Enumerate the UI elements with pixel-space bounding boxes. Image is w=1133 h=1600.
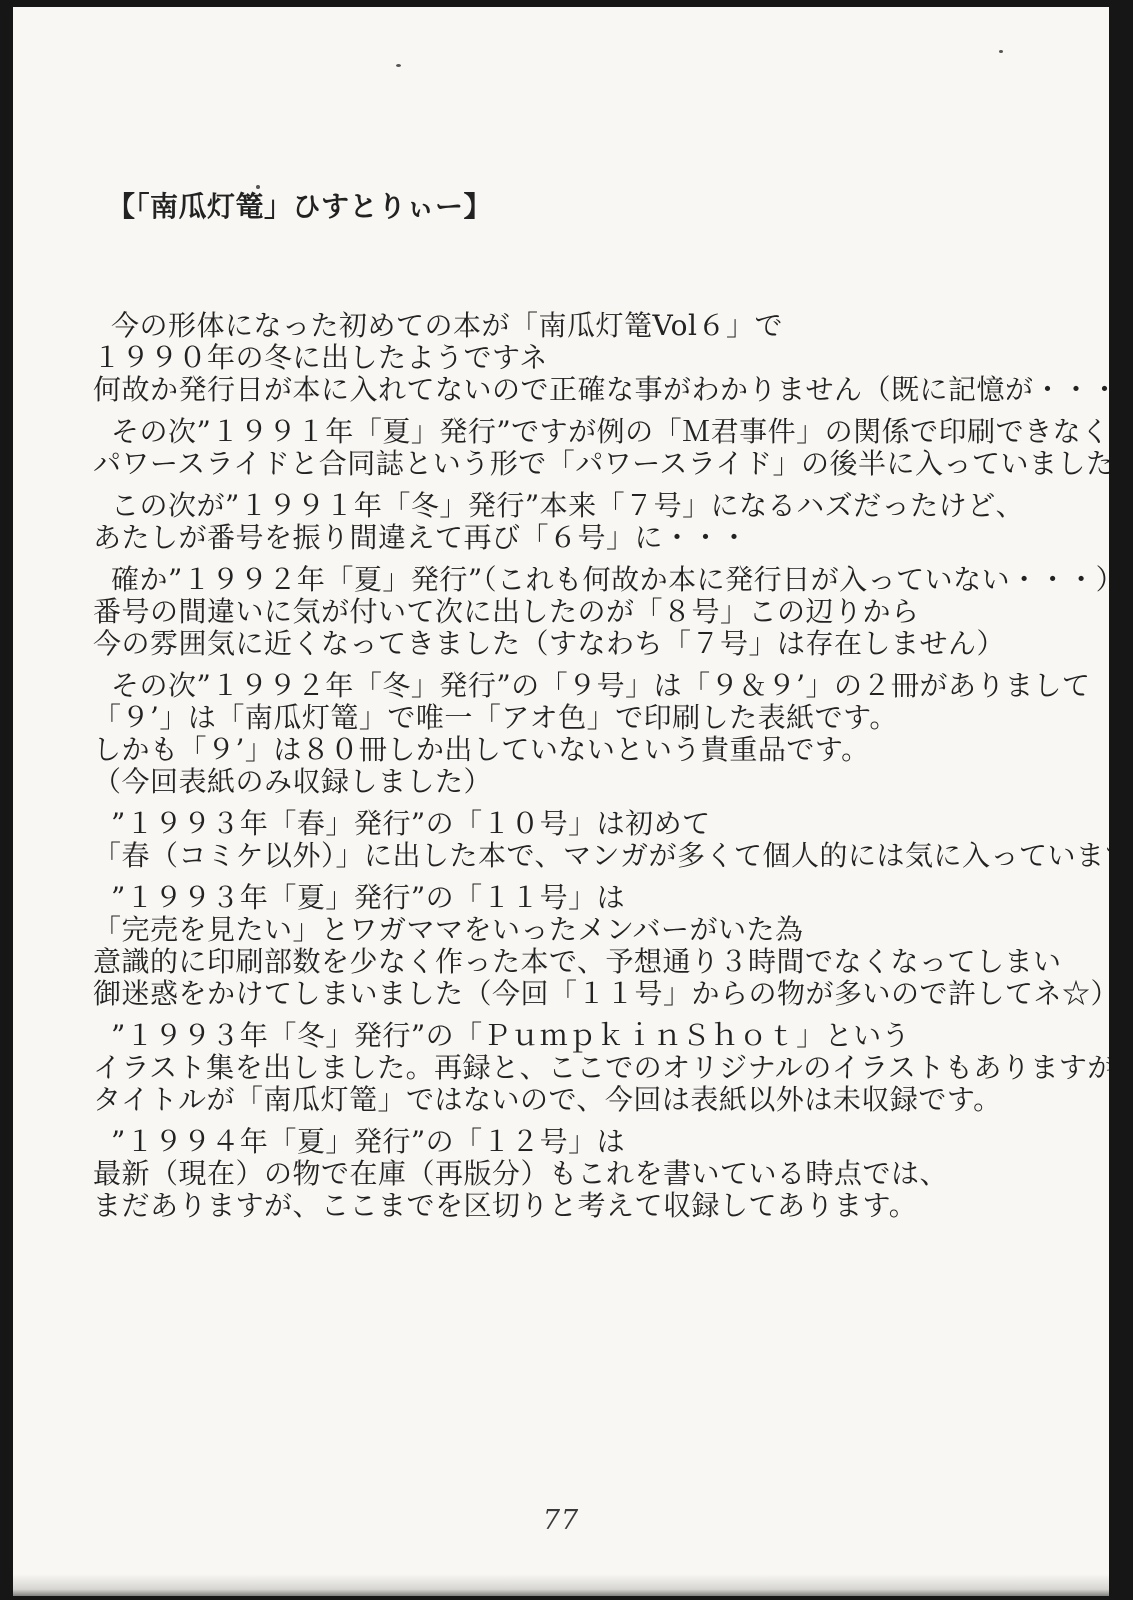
text-line: ”１９９４年「夏」発行”の「１２号」は bbox=[93, 1126, 1099, 1158]
document-page: 【「南瓜灯篭」ひすとりぃー】 今の形体になった初めての本が「南瓜灯篭Vol６」で… bbox=[13, 7, 1109, 1596]
text-line: その次”１９９１年「夏」発行”ですが例の「Ｍ君事件」の関係で印刷できなくて、 bbox=[93, 416, 1099, 448]
text-line: 今の雰囲気に近くなってきました（すなわち「７号」は存在しません） bbox=[93, 628, 1099, 660]
text-line: ”１９９３年「春」発行”の「１０号」は初めて bbox=[93, 808, 1099, 840]
paragraph: その次”１９９２年「冬」発行”の「９号」は「９＆９’」の２冊がありまして「９’」… bbox=[93, 670, 1099, 798]
text-line: この次が”１９９１年「冬」発行”本来「７号」になるハズだったけど、 bbox=[93, 490, 1099, 522]
text-line: 御迷惑をかけてしまいました（今回「１１号」からの物が多いので許してネ☆） bbox=[93, 978, 1099, 1010]
page-number: 77 bbox=[13, 1505, 1109, 1536]
text-line: 「春（コミケ以外）」に出した本で、マンガが多くて個人的には気に入っています☆ bbox=[93, 840, 1099, 872]
paragraph: ”１９９３年「春」発行”の「１０号」は初めて「春（コミケ以外）」に出した本で、マ… bbox=[93, 808, 1099, 872]
scan-speck bbox=[396, 64, 401, 67]
text-line: （今回表紙のみ収録しました） bbox=[93, 766, 1099, 798]
text-line: その次”１９９２年「冬」発行”の「９号」は「９＆９’」の２冊がありまして bbox=[93, 670, 1099, 702]
scan-speck bbox=[256, 185, 260, 189]
paragraph: 確か”１９９２年「夏」発行”（これも何故か本に発行日が入っていない・・・）番号の… bbox=[93, 564, 1099, 660]
text-line: あたしが番号を振り間違えて再び「６号」に・・・ bbox=[93, 522, 1099, 554]
text-line: ”１９９３年「冬」発行”の「ＰｕｍｐｋｉｎＳｈｏｔ」という bbox=[93, 1020, 1099, 1052]
text-line: 最新（現在）の物で在庫（再版分）もこれを書いている時点では、 bbox=[93, 1158, 1099, 1190]
section-title: 【「南瓜灯篭」ひすとりぃー】 bbox=[93, 191, 1099, 223]
scan-speck bbox=[999, 50, 1003, 53]
text-line: １９９０年の冬に出したようですネ bbox=[93, 342, 1099, 374]
text-line: ”１９９３年「夏」発行”の「１１号」は bbox=[93, 882, 1099, 914]
paragraph: ”１９９３年「冬」発行”の「ＰｕｍｐｋｉｎＳｈｏｔ」というイラスト集を出しました… bbox=[93, 1020, 1099, 1116]
text-line: 「完売を見たい」とワガママをいったメンバーがいた為 bbox=[93, 914, 1099, 946]
text-line: しかも「９’」は８０冊しか出していないという貴重品です。 bbox=[93, 734, 1099, 766]
text-line: 「９’」は「南瓜灯篭」で唯一「アオ色」で印刷した表紙です。 bbox=[93, 702, 1099, 734]
paragraph: ”１９９３年「夏」発行”の「１１号」は「完売を見たい」とワガママをいったメンバー… bbox=[93, 882, 1099, 1010]
text-line: 何故か発行日が本に入れてないので正確な事がわかりません（既に記憶が・・・） bbox=[93, 374, 1099, 406]
paragraphs-container: 今の形体になった初めての本が「南瓜灯篭Vol６」で１９９０年の冬に出したようです… bbox=[93, 310, 1099, 1222]
paragraph: 今の形体になった初めての本が「南瓜灯篭Vol６」で１９９０年の冬に出したようです… bbox=[93, 310, 1099, 406]
text-line: パワースライドと合同誌という形で「パワースライド」の後半に入っていました。 bbox=[93, 448, 1099, 480]
paragraph: ”１９９４年「夏」発行”の「１２号」は最新（現在）の物で在庫（再版分）もこれを書… bbox=[93, 1126, 1099, 1222]
page-body-text: 【「南瓜灯篭」ひすとりぃー】 今の形体になった初めての本が「南瓜灯篭Vol６」で… bbox=[13, 7, 1109, 1296]
scan-edge-smudge bbox=[13, 1574, 1109, 1596]
paragraph: この次が”１９９１年「冬」発行”本来「７号」になるハズだったけど、あたしが番号を… bbox=[93, 490, 1099, 554]
paragraph: その次”１９９１年「夏」発行”ですが例の「Ｍ君事件」の関係で印刷できなくて、パワ… bbox=[93, 416, 1099, 480]
text-line: タイトルが「南瓜灯篭」ではないので、今回は表紙以外は未収録です。 bbox=[93, 1084, 1099, 1116]
text-line: 確か”１９９２年「夏」発行”（これも何故か本に発行日が入っていない・・・） bbox=[93, 564, 1099, 596]
text-line: まだありますが、ここまでを区切りと考えて収録してあります。 bbox=[93, 1190, 1099, 1222]
text-line: 番号の間違いに気が付いて次に出したのが「８号」この辺りから bbox=[93, 596, 1099, 628]
text-line: 意識的に印刷部数を少なく作った本で、予想通り３時間でなくなってしまい bbox=[93, 946, 1099, 978]
text-line: 今の形体になった初めての本が「南瓜灯篭Vol６」で bbox=[93, 310, 1099, 342]
text-line: イラスト集を出しました。再録と、ここでのオリジナルのイラストもありますが、 bbox=[93, 1052, 1099, 1084]
scanned-page-background: { "colors": { "scan-black": "#161616", "… bbox=[0, 0, 1133, 1600]
